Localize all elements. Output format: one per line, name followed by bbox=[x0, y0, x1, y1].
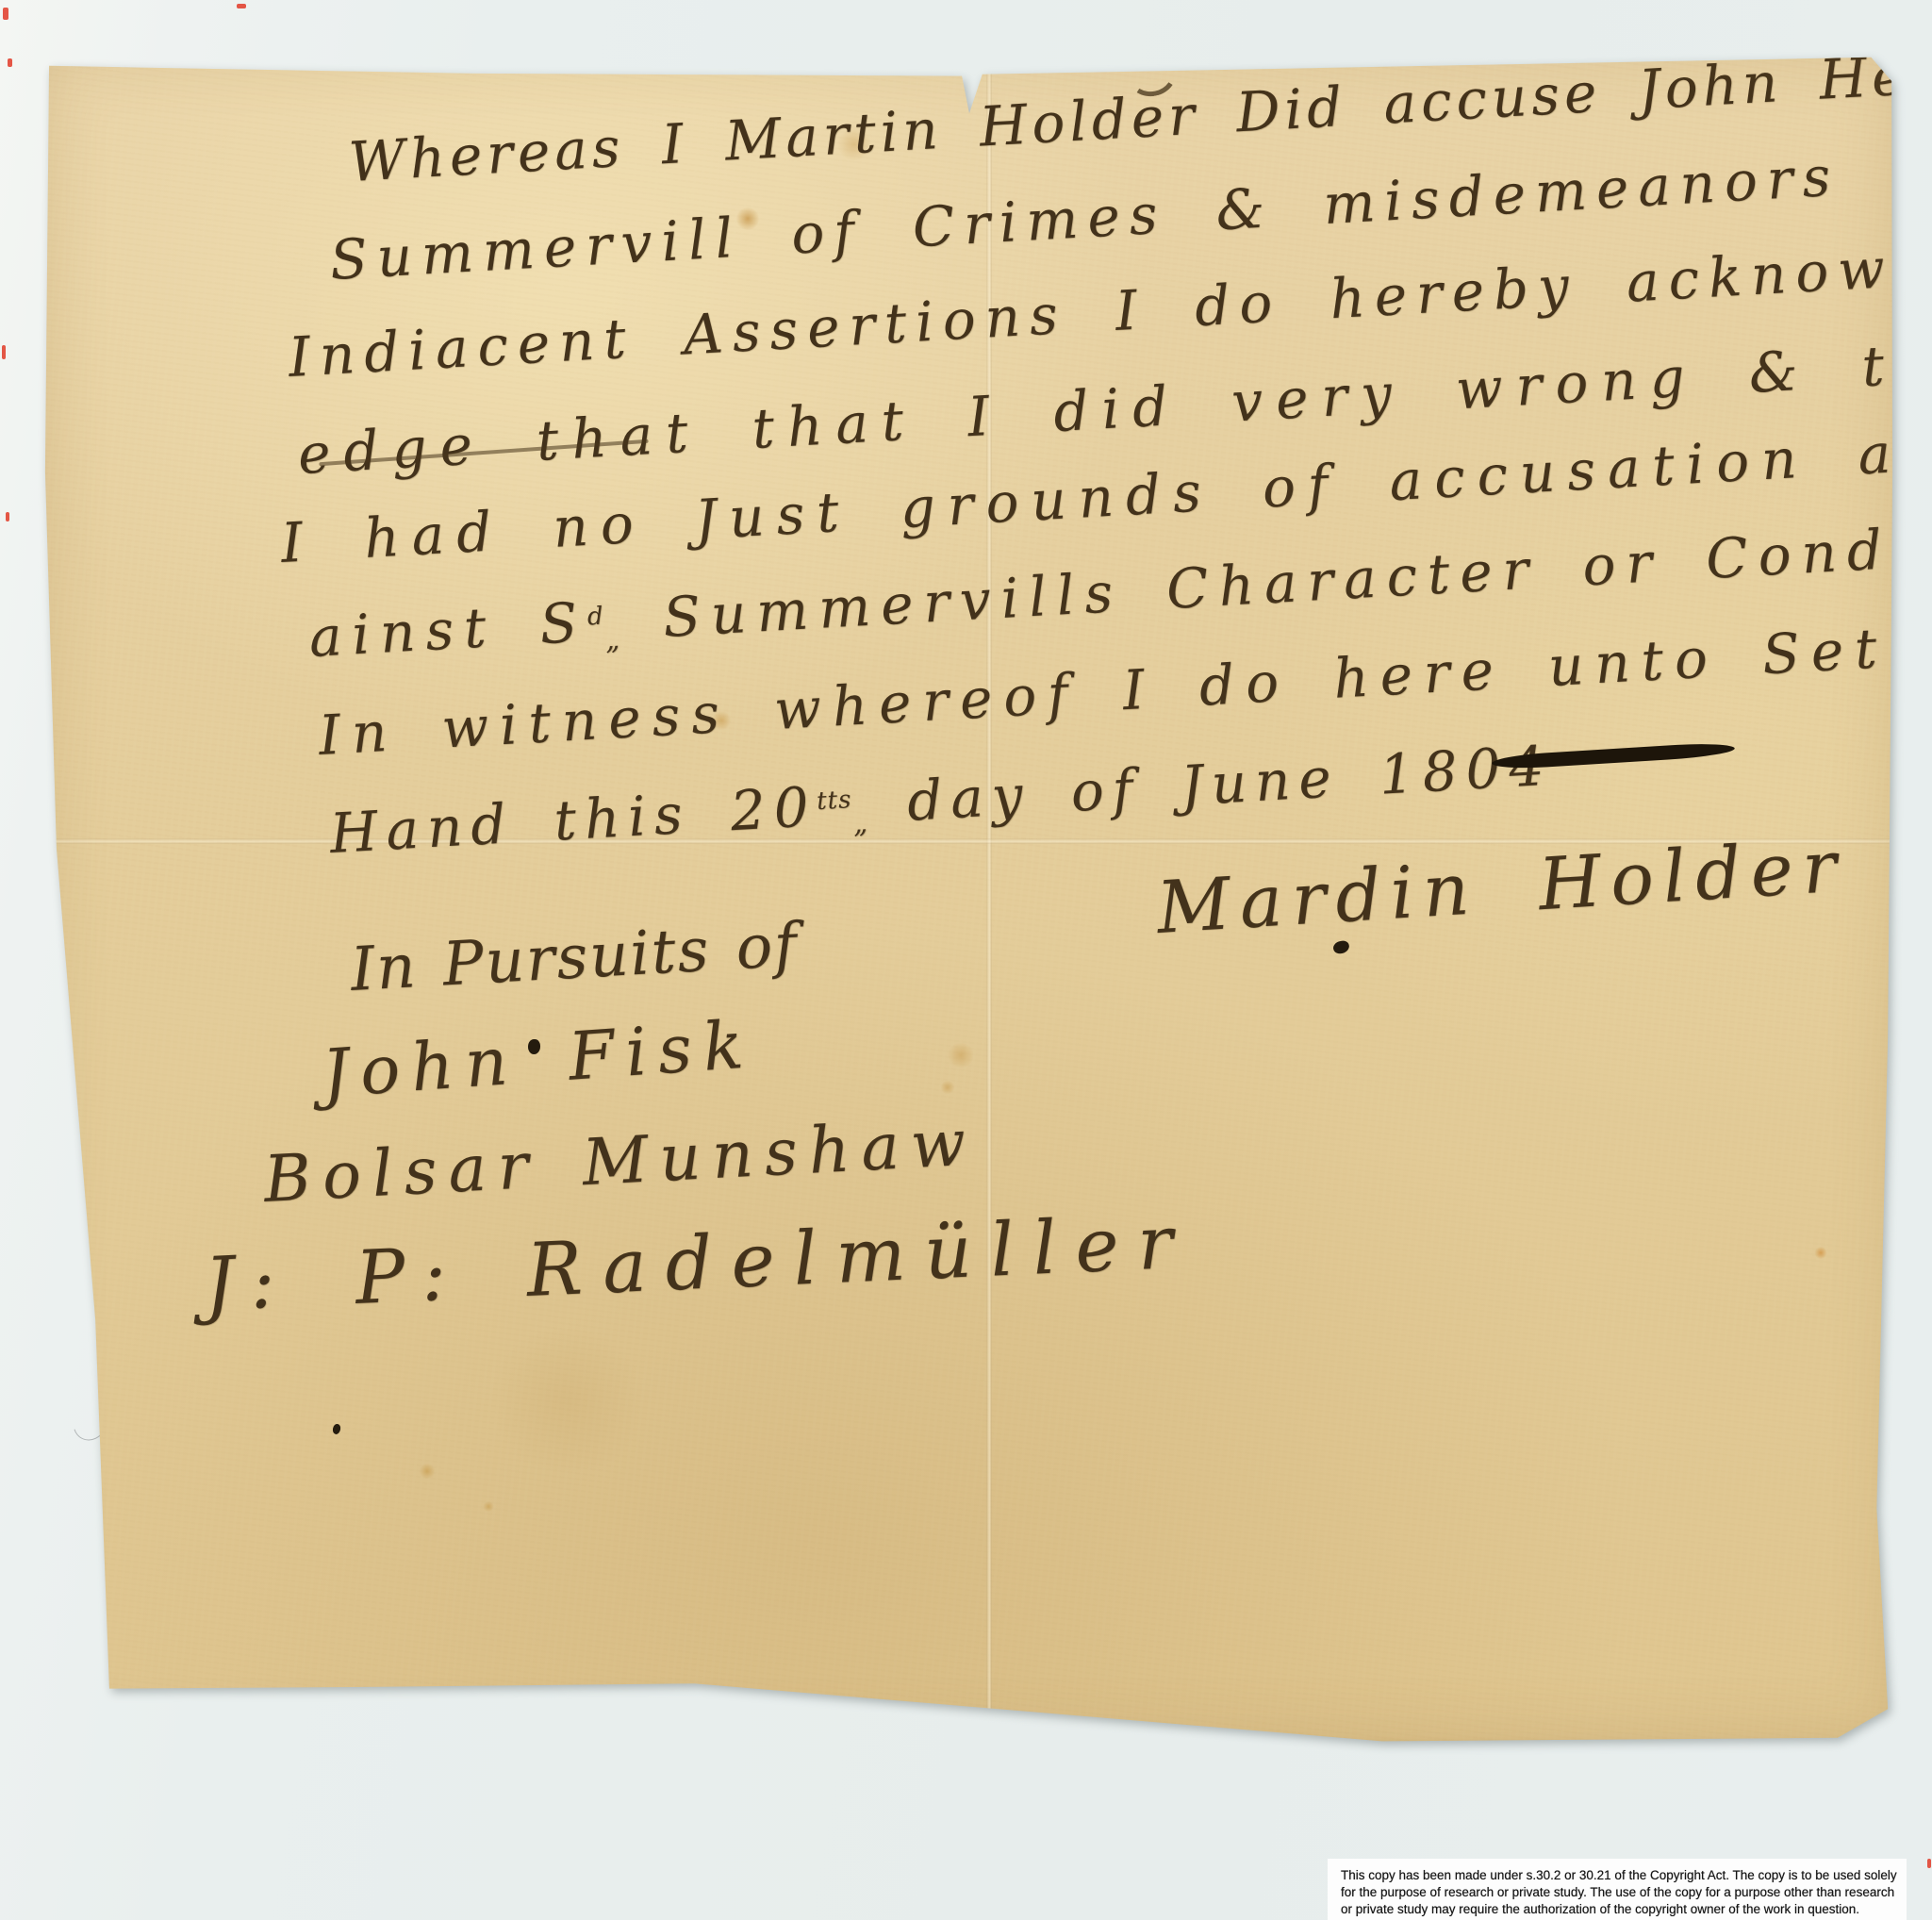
paper-stain bbox=[940, 1081, 955, 1094]
scanner-artifact-red bbox=[3, 8, 8, 20]
paper-stain bbox=[947, 1043, 975, 1068]
said-abbreviation: S bbox=[538, 590, 589, 657]
copyright-line: This copy has been made under s.30.2 or … bbox=[1341, 1867, 1899, 1884]
witness-signature-radelmuller: J: P: Radelmüller bbox=[203, 1200, 1193, 1328]
copyright-stamp: This copy has been made under s.30.2 or … bbox=[1328, 1859, 1907, 1920]
paper-stain bbox=[483, 1330, 652, 1471]
paper-stain bbox=[419, 1464, 436, 1479]
paper-sheet: Whereas I Martin Holder Did accuse John … bbox=[40, 47, 1899, 1745]
day-number-undermark: „ bbox=[852, 806, 869, 839]
paper-stain bbox=[1814, 1247, 1827, 1259]
witness-signature-munshaw: Bolsar Munshaw bbox=[262, 1105, 979, 1217]
letter-line-8-text: day of June 1804 bbox=[866, 734, 1554, 836]
said-abbreviation-superscript: d bbox=[586, 603, 604, 632]
scanner-artifact-red bbox=[8, 58, 12, 67]
scanner-artifact-red bbox=[6, 512, 9, 521]
attestation-label: In Pursuits of bbox=[349, 911, 801, 1005]
scanner-artifact-red bbox=[1927, 1859, 1931, 1868]
ink-blot bbox=[1332, 939, 1351, 955]
scanner-artifact-red bbox=[2, 345, 6, 359]
copyright-line: for the purpose of research or private s… bbox=[1341, 1884, 1899, 1901]
paper-stain bbox=[483, 1501, 494, 1512]
day-number: 20 bbox=[729, 774, 818, 843]
letter-line-8-text: Hand this bbox=[328, 779, 733, 866]
copyright-line: or private study may require the authori… bbox=[1341, 1901, 1899, 1918]
letter-line-6-text: ainst bbox=[307, 592, 541, 670]
ink-blot bbox=[332, 1423, 341, 1434]
document-paper: Whereas I Martin Holder Did accuse John … bbox=[40, 47, 1899, 1745]
scan-background: Whereas I Martin Holder Did accuse John … bbox=[0, 0, 1932, 1920]
scanner-artifact-red bbox=[237, 4, 246, 8]
day-number-superscript: tts bbox=[816, 786, 852, 816]
signature-martin-holder: Mardin Holder bbox=[1154, 823, 1848, 950]
witness-signature-john-fisk: John Fisk bbox=[320, 1005, 757, 1113]
